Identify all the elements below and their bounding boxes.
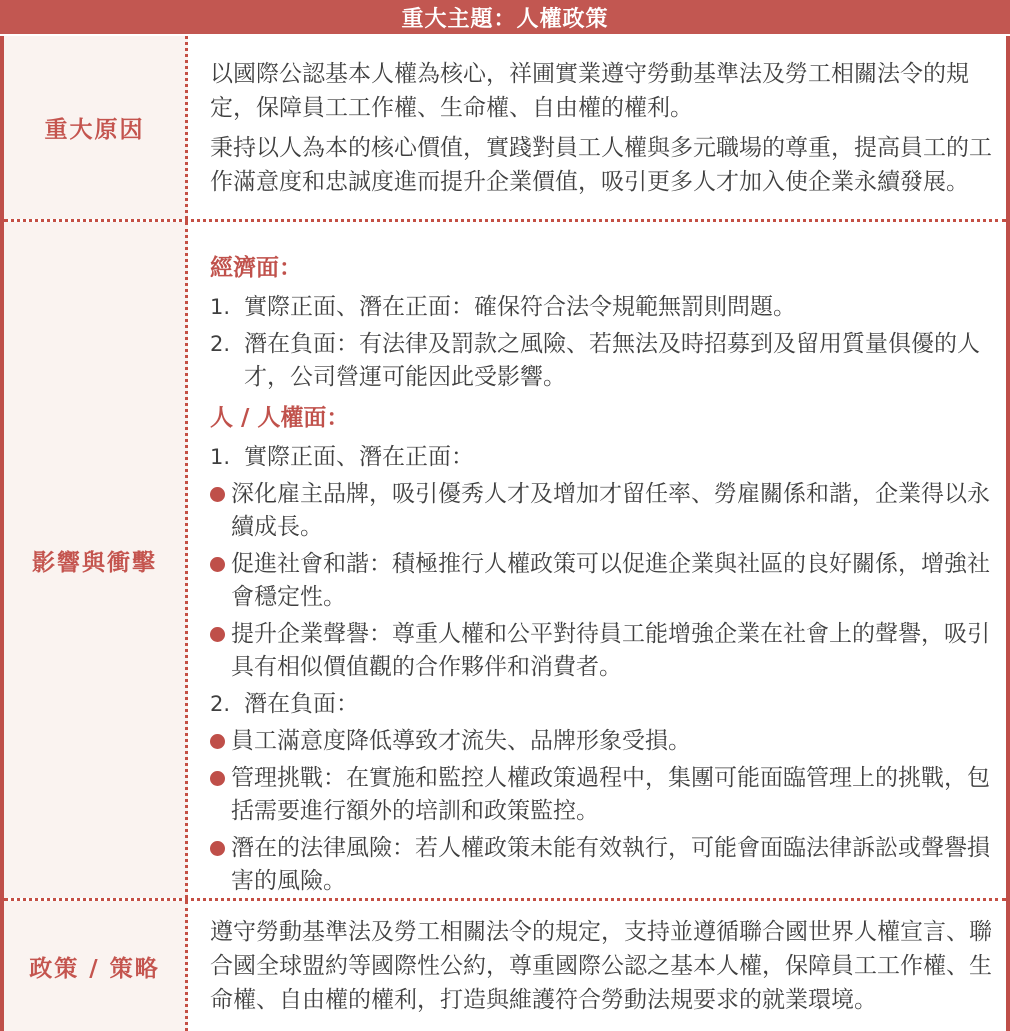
item-text: 實際正面、潛在正面：確保符合法令規範無罰則問題。 — [244, 291, 992, 324]
label-cell-impact: 影響與衝擊 — [4, 222, 188, 898]
report-table-page: 重大主題：人權政策 重大原因 以國際公認基本人權為核心，祥圃實業遵守勞動基準法及… — [0, 0, 1010, 1031]
row-label-impact: 影響與衝擊 — [32, 544, 157, 577]
item-text: 促進社會和諧：積極推行人權政策可以促進企業與社區的良好關係，增強社會穩定性。 — [231, 548, 992, 614]
paragraph: 以國際公認基本人權為核心，祥圃實業遵守勞動基準法及勞工相關法令的規定，保障員工工… — [210, 57, 992, 125]
bullet-item: 促進社會和諧：積極推行人權政策可以促進企業與社區的良好關係，增強社會穩定性。 — [210, 548, 992, 614]
bullet-dot-icon — [210, 627, 225, 642]
table-row-reason: 重大原因 以國際公認基本人權為核心，祥圃實業遵守勞動基準法及勞工相關法令的規定，… — [4, 36, 1006, 222]
table-body: 重大原因 以國際公認基本人權為核心，祥圃實業遵守勞動基準法及勞工相關法令的規定，… — [0, 36, 1010, 1031]
item-text: 管理挑戰：在實施和監控人權政策過程中，集團可能面臨管理上的挑戰，包括需要進行額外… — [231, 762, 992, 828]
item-text: 實際正面、潛在正面： — [244, 441, 992, 474]
label-cell-reason: 重大原因 — [4, 36, 188, 219]
numbered-item: 2. 潛在負面： — [210, 688, 992, 721]
content-cell-reason: 以國際公認基本人權為核心，祥圃實業遵守勞動基準法及勞工相關法令的規定，保障員工工… — [188, 36, 1006, 219]
numbered-item: 2. 潛在負面：有法律及罰款之風險、若無法及時招募到及留用質量俱優的人才，公司營… — [210, 328, 992, 394]
item-marker: 1. — [210, 291, 244, 324]
item-text: 提升企業聲譽：尊重人權和公平對待員工能增強企業在社會上的聲譽，吸引具有相似價值觀… — [231, 618, 992, 684]
paragraph: 秉持以人為本的核心價值，實踐對員工人權與多元職場的尊重，提高員工的工作滿意度和忠… — [210, 131, 992, 199]
bullet-item: 管理挑戰：在實施和監控人權政策過程中，集團可能面臨管理上的挑戰，包括需要進行額外… — [210, 762, 992, 828]
bullet-dot-icon — [210, 557, 225, 572]
item-marker: 1. — [210, 441, 244, 474]
numbered-item: 1. 實際正面、潛在正面：確保符合法令規範無罰則問題。 — [210, 291, 992, 324]
item-marker: 2. — [210, 328, 244, 361]
item-text: 潛在負面： — [244, 688, 992, 721]
bullet-item: 員工滿意度降低導致才流失、品牌形象受損。 — [210, 725, 992, 758]
content-cell-policy: 遵守勞動基準法及勞工相關法令的規定，支持並遵循聯合國世界人權宣言、聯合國全球盟約… — [188, 901, 1006, 1031]
table-row-policy: 政策 / 策略 遵守勞動基準法及勞工相關法令的規定，支持並遵循聯合國世界人權宣言… — [4, 901, 1006, 1031]
row-label-policy: 政策 / 策略 — [29, 950, 159, 983]
item-text: 潛在的法律風險：若人權政策未能有效執行，可能會面臨法律訴訟或聲譽損害的風險。 — [231, 832, 992, 898]
bullet-item: 深化雇主品牌，吸引優秀人才及增加才留任率、勞雇關係和諧，企業得以永續成長。 — [210, 478, 992, 544]
bullet-dot-icon — [210, 487, 225, 502]
bullet-dot-icon — [210, 841, 225, 856]
table-title-bar: 重大主題：人權政策 — [0, 0, 1010, 34]
bullet-dot-icon — [210, 734, 225, 749]
paragraph: 遵守勞動基準法及勞工相關法令的規定，支持並遵循聯合國世界人權宣言、聯合國全球盟約… — [210, 915, 992, 1017]
item-text: 深化雇主品牌，吸引優秀人才及增加才留任率、勞雇關係和諧，企業得以永續成長。 — [231, 478, 992, 544]
table-row-impact: 影響與衝擊 經濟面： 1. 實際正面、潛在正面：確保符合法令規範無罰則問題。 2… — [4, 222, 1006, 901]
section-heading-economic: 經濟面： — [210, 252, 992, 285]
item-text: 潛在負面：有法律及罰款之風險、若無法及時招募到及留用質量俱優的人才，公司營運可能… — [244, 328, 992, 394]
content-cell-impact: 經濟面： 1. 實際正面、潛在正面：確保符合法令規範無罰則問題。 2. 潛在負面… — [188, 222, 1006, 898]
label-cell-policy: 政策 / 策略 — [4, 901, 188, 1031]
section-heading-human-rights: 人 / 人權面： — [210, 402, 992, 435]
table-title: 重大主題：人權政策 — [401, 2, 608, 33]
bullet-dot-icon — [210, 771, 225, 786]
item-marker: 2. — [210, 688, 244, 721]
bullet-item: 提升企業聲譽：尊重人權和公平對待員工能增強企業在社會上的聲譽，吸引具有相似價值觀… — [210, 618, 992, 684]
row-label-reason: 重大原因 — [45, 111, 145, 144]
numbered-item: 1. 實際正面、潛在正面： — [210, 441, 992, 474]
item-text: 員工滿意度降低導致才流失、品牌形象受損。 — [231, 725, 992, 758]
bullet-item: 潛在的法律風險：若人權政策未能有效執行，可能會面臨法律訴訟或聲譽損害的風險。 — [210, 832, 992, 898]
